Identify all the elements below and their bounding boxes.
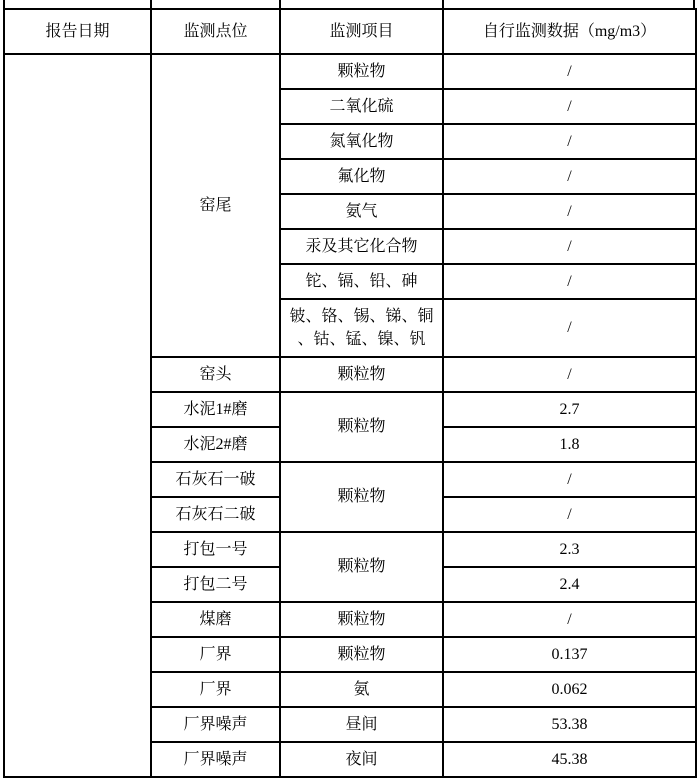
item-cell: 氟化物 [280, 159, 443, 194]
value-cell: / [443, 229, 696, 264]
point-cell: 水泥2#磨 [151, 427, 280, 462]
point-cell: 煤磨 [151, 602, 280, 637]
header-monitoring-item: 监测项目 [280, 9, 443, 54]
value-cell: / [443, 264, 696, 299]
value-cell: / [443, 462, 696, 497]
value-cell: / [443, 357, 696, 392]
header-row: 报告日期 监测点位 监测项目 自行监测数据（mg/m3） [4, 9, 696, 54]
point-cell: 厂界 [151, 672, 280, 707]
point-cell: 厂界噪声 [151, 742, 280, 777]
value-cell: / [443, 194, 696, 229]
item-cell: 颗粒物 [280, 602, 443, 637]
header-monitoring-data: 自行监测数据（mg/m3） [443, 9, 696, 54]
value-cell: 2.4 [443, 567, 696, 602]
header-monitoring-point: 监测点位 [151, 9, 280, 54]
value-cell: / [443, 54, 696, 89]
point-cell: 厂界噪声 [151, 707, 280, 742]
item-cell: 二氧化硫 [280, 89, 443, 124]
item-cell: 颗粒物 [280, 54, 443, 89]
value-cell: 1.8 [443, 427, 696, 462]
value-cell: 2.7 [443, 392, 696, 427]
value-cell: 2.3 [443, 532, 696, 567]
self-monitoring-data-table: 报告日期 监测点位 监测项目 自行监测数据（mg/m3） 窑尾 颗粒物 / 二氧… [3, 8, 697, 778]
point-cell: 窑头 [151, 357, 280, 392]
value-cell: 45.38 [443, 742, 696, 777]
point-cell: 窑尾 [151, 54, 280, 357]
item-cell: 颗粒物 [280, 532, 443, 602]
item-cell: 铊、镉、铅、砷 [280, 264, 443, 299]
point-cell: 打包二号 [151, 567, 280, 602]
value-cell: 0.062 [443, 672, 696, 707]
item-cell: 昼间 [280, 707, 443, 742]
header-report-date: 报告日期 [4, 9, 151, 54]
item-cell: 氮氧化物 [280, 124, 443, 159]
item-cell: 颗粒物 [280, 637, 443, 672]
item-cell: 汞及其它化合物 [280, 229, 443, 264]
table-header: 报告日期 监测点位 监测项目 自行监测数据（mg/m3） [4, 9, 696, 54]
item-cell: 颗粒物 [280, 357, 443, 392]
value-cell: / [443, 159, 696, 194]
value-cell: 53.38 [443, 707, 696, 742]
item-cell: 夜间 [280, 742, 443, 777]
report-date-cell [4, 54, 151, 777]
value-cell: 0.137 [443, 637, 696, 672]
point-cell: 水泥1#磨 [151, 392, 280, 427]
point-cell: 打包一号 [151, 532, 280, 567]
item-cell: 颗粒物 [280, 462, 443, 532]
item-cell: 铍、铬、锡、锑、铜 、钴、锰、镍、钒 [280, 299, 443, 357]
value-cell: / [443, 89, 696, 124]
table-body: 窑尾 颗粒物 / 二氧化硫 / 氮氧化物 / 氟化物 / 氨气 / 汞及其它化合… [4, 54, 696, 777]
value-cell: / [443, 602, 696, 637]
point-cell: 厂界 [151, 637, 280, 672]
point-cell: 石灰石二破 [151, 497, 280, 532]
point-cell: 石灰石一破 [151, 462, 280, 497]
item-cell: 颗粒物 [280, 392, 443, 462]
table-row: 窑尾 颗粒物 / [4, 54, 696, 89]
item-cell: 氨 [280, 672, 443, 707]
value-cell: / [443, 124, 696, 159]
value-cell: / [443, 299, 696, 357]
item-cell: 氨气 [280, 194, 443, 229]
value-cell: / [443, 497, 696, 532]
